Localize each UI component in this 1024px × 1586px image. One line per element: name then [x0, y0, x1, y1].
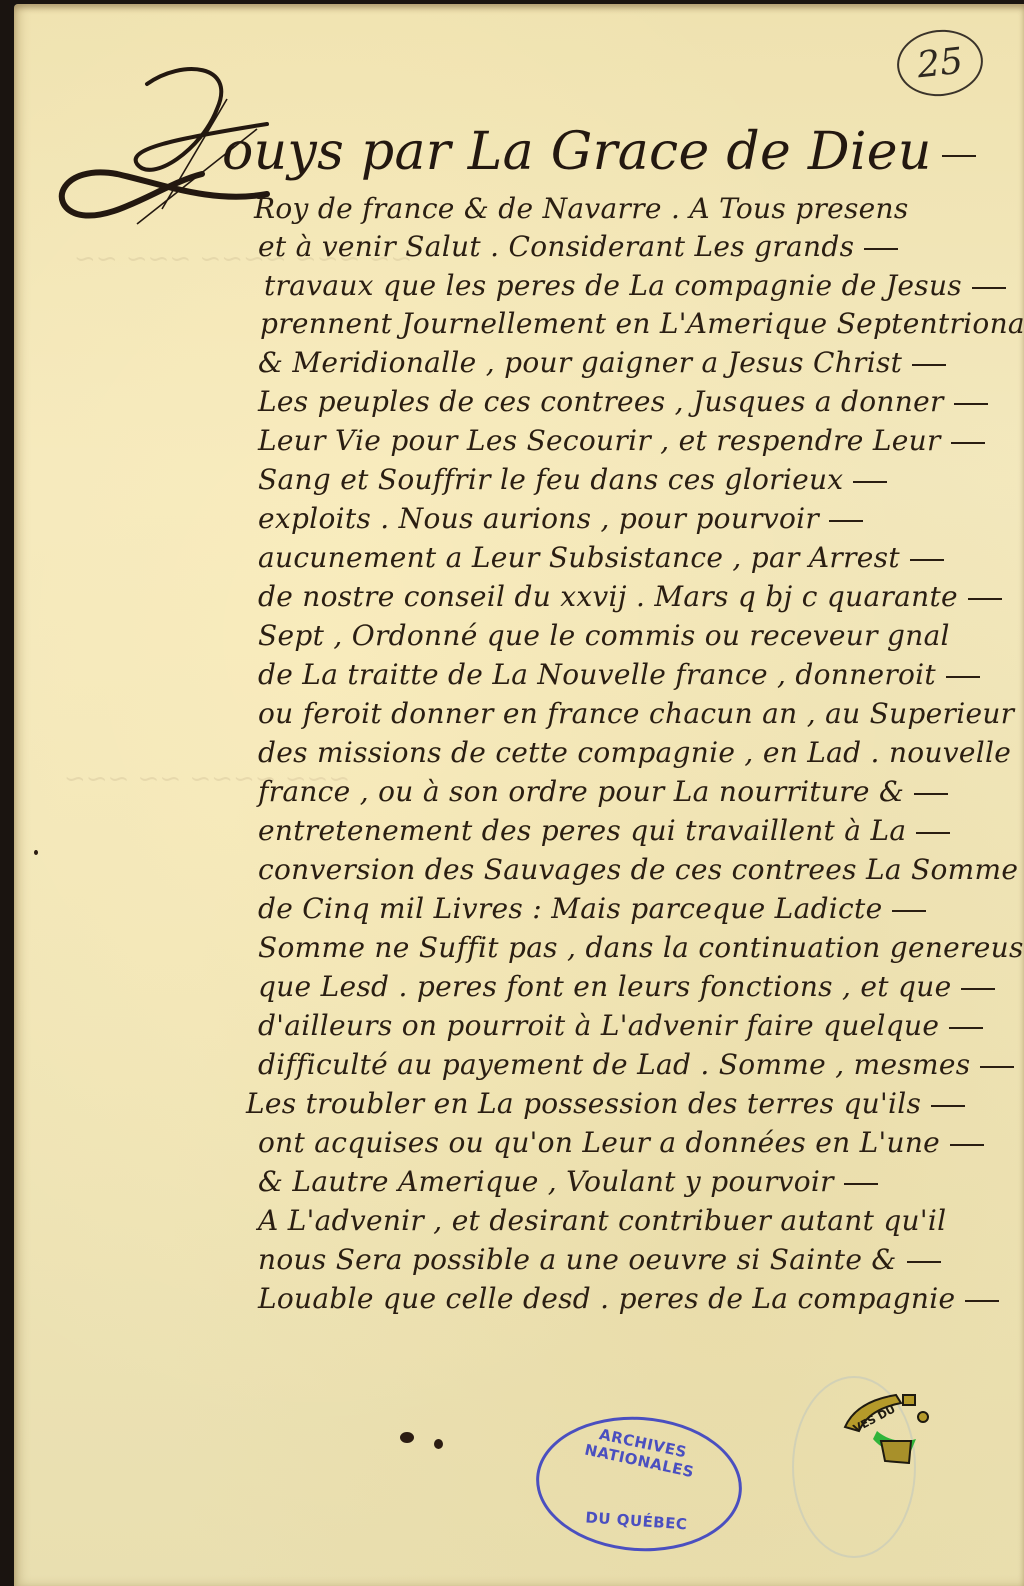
- text-line: Roy de france & de Navarre . A Tous pres…: [254, 192, 909, 225]
- text-line: travaux que les peres de La compagnie de…: [264, 269, 1006, 302]
- ink-spot: [34, 850, 38, 855]
- text-line: d'ailleurs on pourroit à L'advenir faire…: [258, 1009, 983, 1042]
- seal-icon: VES DU: [841, 1389, 936, 1464]
- text-line: aucunement a Leur Subsistance , par Arre…: [258, 541, 944, 574]
- text-line: & Meridionalle , pour gaigner a Jesus Ch…: [258, 346, 946, 379]
- text-line: conversion des Sauvages de ces contrees …: [258, 853, 1018, 886]
- text-line: Les peuples de ces contrees , Jusques a …: [258, 385, 988, 418]
- text-line: & Lautre Amerique , Voulant y pourvoir: [258, 1165, 878, 1198]
- text-line: entretenement des peres qui travaillent …: [258, 814, 950, 847]
- text-line: exploits . Nous aurions , pour pourvoir: [258, 502, 863, 535]
- text-line: de Cinq mil Livres : Mais parceque Ladic…: [258, 892, 926, 925]
- manuscript-page: ~~ ~~~ ~~~~ ~~~ ~~ ~~~ ~~~~ ~~ ~~~ 25 ou…: [14, 4, 1024, 1586]
- text-line: france , ou à son ordre pour La nourritu…: [258, 775, 948, 808]
- stamp-top-text: ARCHIVES NATIONALES: [540, 1414, 743, 1491]
- text-line: Sang et Souffrir le feu dans ces glorieu…: [258, 463, 887, 496]
- text-line: Les troubler en La possession des terres…: [246, 1087, 965, 1120]
- text-line: Somme ne Suffit pas , dans la continuati…: [258, 931, 1024, 964]
- text-line: nous Sera possible a une oeuvre si Saint…: [258, 1243, 941, 1276]
- text-line: Leur Vie pour Les Secourir , et respendr…: [258, 424, 985, 457]
- text-line: de nostre conseil du xxvij . Mars q bj c…: [258, 580, 1002, 613]
- text-line: que Lesd . peres font en leurs fonctions…: [258, 970, 995, 1003]
- ink-spot: [400, 1432, 414, 1443]
- text-line: ont acquises ou qu'on Leur a données en …: [258, 1126, 984, 1159]
- text-line: prennent Journellement en L'Amerique Sep…: [260, 307, 1024, 340]
- text-line: Louable que celle desd . peres de La com…: [258, 1282, 999, 1315]
- archives-stamp: ARCHIVES NATIONALES DU QUÉBEC: [532, 1410, 747, 1558]
- text-line: des missions de cette compagnie , en Lad…: [258, 736, 1011, 769]
- ink-spot: [434, 1439, 443, 1449]
- text-line: et à venir Salut . Considerant Les grand…: [258, 230, 898, 263]
- text-line: de La traitte de La Nouvelle france , do…: [258, 658, 980, 691]
- text-line: difficulté au payement de Lad . Somme , …: [258, 1048, 1014, 1081]
- text-line: ou feroit donner en france chacun an , a…: [258, 697, 1024, 730]
- stamp-bottom-text: DU QUÉBEC: [536, 1505, 737, 1537]
- text-line-title: ouys par La Grace de Dieu: [222, 122, 976, 182]
- folio-number: 25: [894, 26, 986, 101]
- text-line: Sept , Ordonné que le commis ou receveur…: [258, 619, 950, 652]
- text-line: A L'advenir , et desirant contribuer aut…: [258, 1204, 946, 1237]
